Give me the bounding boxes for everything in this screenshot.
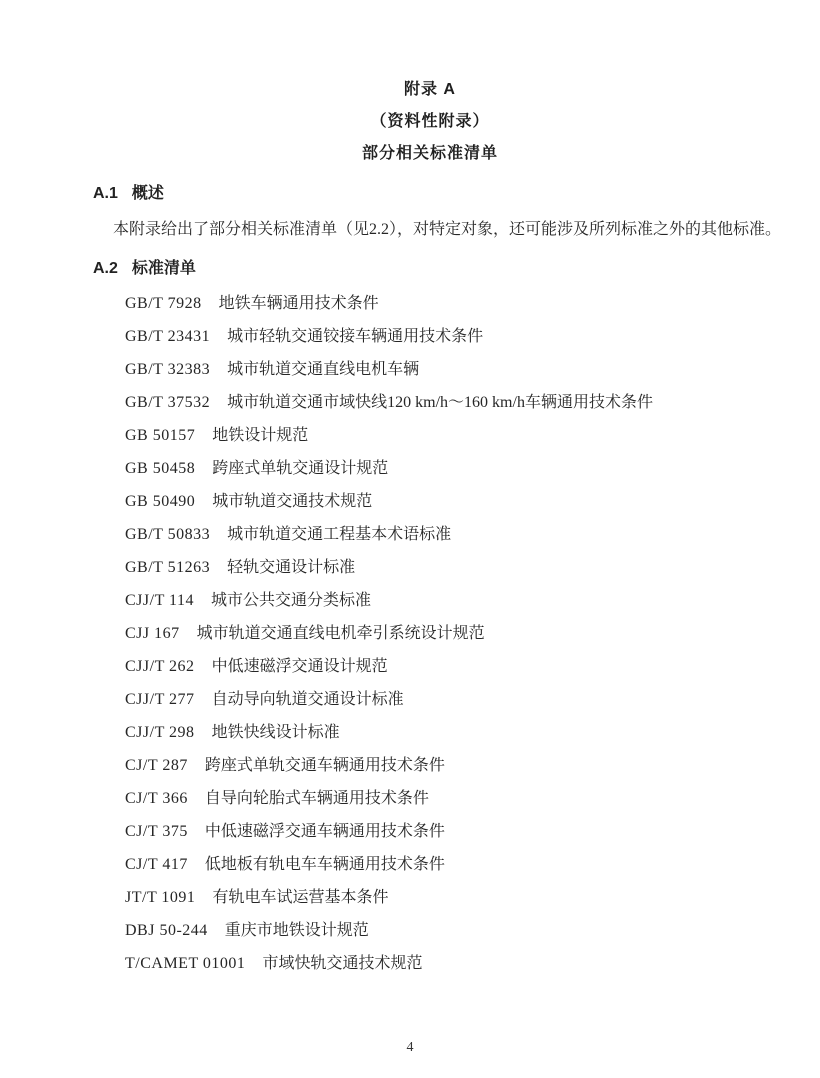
standard-code: DBJ 50-244: [125, 914, 208, 947]
standard-code: GB/T 32383: [125, 353, 210, 386]
standards-list: GB/T 7928地铁车辆通用技术条件 GB/T 23431城市轻轨交通铰接车辆…: [125, 287, 790, 980]
standard-list-item: DBJ 50-244重庆市地铁设计规范: [125, 914, 790, 947]
page-number: 4: [0, 1038, 820, 1058]
standard-title: 城市轨道交通直线电机车辆: [227, 361, 419, 378]
standard-list-item: CJ/T 417低地板有轨电车车辆通用技术条件: [125, 848, 790, 881]
standard-title: 地铁快线设计标准: [212, 724, 340, 741]
appendix-heading: 部分相关标准清单: [95, 138, 765, 170]
standard-list-item: CJJ/T 298地铁快线设计标准: [125, 716, 790, 749]
standard-code: CJ/T 375: [125, 815, 188, 848]
standard-code: GB 50157: [125, 419, 195, 452]
section-a1-title: 概述: [132, 185, 164, 202]
standard-title: 城市轨道交通市域快线120 km/h～160 km/h车辆通用技术条件: [227, 394, 653, 411]
standard-list-item: CJ/T 366自导向轮胎式车辆通用技术条件: [125, 782, 790, 815]
standard-title: 地铁车辆通用技术条件: [219, 295, 379, 312]
standard-title: 跨座式单轨交通设计规范: [212, 460, 388, 477]
appendix-subtitle: （资料性附录）: [95, 106, 765, 138]
standard-list-item: CJJ/T 262中低速磁浮交通设计规范: [125, 650, 790, 683]
standard-title: 地铁设计规范: [212, 427, 308, 444]
standard-title: 城市公共交通分类标准: [211, 592, 371, 609]
standard-list-item: GB/T 7928地铁车辆通用技术条件: [125, 287, 790, 320]
standard-code: T/CAMET 01001: [125, 947, 245, 980]
document-page: 附录 A （资料性附录） 部分相关标准清单 A.1概述 本附录给出了部分相关标准…: [0, 0, 820, 1078]
standard-list-item: CJJ 167城市轨道交通直线电机牵引系统设计规范: [125, 617, 790, 650]
standard-title: 重庆市地铁设计规范: [225, 922, 369, 939]
standard-title: 自导向轮胎式车辆通用技术条件: [205, 790, 429, 807]
standard-title: 低地板有轨电车车辆通用技术条件: [205, 856, 445, 873]
section-heading-a2: A.2标准清单: [93, 253, 196, 285]
standard-title: 自动导向轨道交通设计标准: [212, 691, 404, 708]
standard-list-item: GB 50490城市轨道交通技术规范: [125, 485, 790, 518]
standard-list-item: CJJ/T 114城市公共交通分类标准: [125, 584, 790, 617]
standard-list-item: GB/T 51263轻轨交通设计标准: [125, 551, 790, 584]
standard-title: 跨座式单轨交通车辆通用技术条件: [205, 757, 445, 774]
standard-title: 中低速磁浮交通车辆通用技术条件: [205, 823, 445, 840]
section-a1-label: A.1: [93, 185, 118, 202]
standard-code: GB/T 23431: [125, 320, 210, 353]
standard-code: CJ/T 287: [125, 749, 188, 782]
standard-code: JT/T 1091: [125, 881, 195, 914]
standard-title: 有轨电车试运营基本条件: [212, 889, 388, 906]
standard-code: GB 50458: [125, 452, 195, 485]
standard-code: GB/T 7928: [125, 287, 202, 320]
standard-list-item: CJJ/T 277自动导向轨道交通设计标准: [125, 683, 790, 716]
standard-list-item: GB 50458跨座式单轨交通设计规范: [125, 452, 790, 485]
standard-list-item: T/CAMET 01001市域快轨交通技术规范: [125, 947, 790, 980]
standard-list-item: GB/T 50833城市轨道交通工程基本术语标准: [125, 518, 790, 551]
standard-code: GB/T 37532: [125, 386, 210, 419]
standard-code: CJJ/T 277: [125, 683, 195, 716]
standard-title: 中低速磁浮交通设计规范: [212, 658, 388, 675]
standard-code: CJ/T 366: [125, 782, 188, 815]
standard-list-item: JT/T 1091有轨电车试运营基本条件: [125, 881, 790, 914]
appendix-title: 附录 A: [95, 74, 765, 106]
overview-paragraph: 本附录给出了部分相关标准清单（见2.2），对特定对象，还可能涉及所列标准之外的其…: [113, 214, 770, 246]
standard-list-item: CJ/T 375中低速磁浮交通车辆通用技术条件: [125, 815, 790, 848]
standard-title: 城市轨道交通直线电机牵引系统设计规范: [197, 625, 485, 642]
standard-title: 城市轨道交通工程基本术语标准: [227, 526, 451, 543]
standard-title: 城市轨道交通技术规范: [212, 493, 372, 510]
standard-code: GB/T 51263: [125, 551, 210, 584]
standard-list-item: CJ/T 287跨座式单轨交通车辆通用技术条件: [125, 749, 790, 782]
standard-code: CJ/T 417: [125, 848, 188, 881]
standard-code: GB/T 50833: [125, 518, 210, 551]
standard-code: CJJ 167: [125, 617, 180, 650]
standard-list-item: GB/T 37532城市轨道交通市域快线120 km/h～160 km/h车辆通…: [125, 386, 790, 419]
standard-title: 城市轻轨交通铰接车辆通用技术条件: [227, 328, 483, 345]
section-a2-title: 标准清单: [132, 260, 196, 277]
standard-code: CJJ/T 298: [125, 716, 195, 749]
standard-list-item: GB 50157地铁设计规范: [125, 419, 790, 452]
standard-title: 轻轨交通设计标准: [227, 559, 355, 576]
standard-list-item: GB/T 32383城市轨道交通直线电机车辆: [125, 353, 790, 386]
section-a2-label: A.2: [93, 260, 118, 277]
standard-code: CJJ/T 262: [125, 650, 195, 683]
standard-list-item: GB/T 23431城市轻轨交通铰接车辆通用技术条件: [125, 320, 790, 353]
standard-code: GB 50490: [125, 485, 195, 518]
standard-code: CJJ/T 114: [125, 584, 194, 617]
section-heading-a1: A.1概述: [93, 178, 164, 210]
appendix-title-block: 附录 A （资料性附录） 部分相关标准清单: [95, 74, 765, 170]
standard-title: 市域快轨交通技术规范: [262, 955, 422, 972]
